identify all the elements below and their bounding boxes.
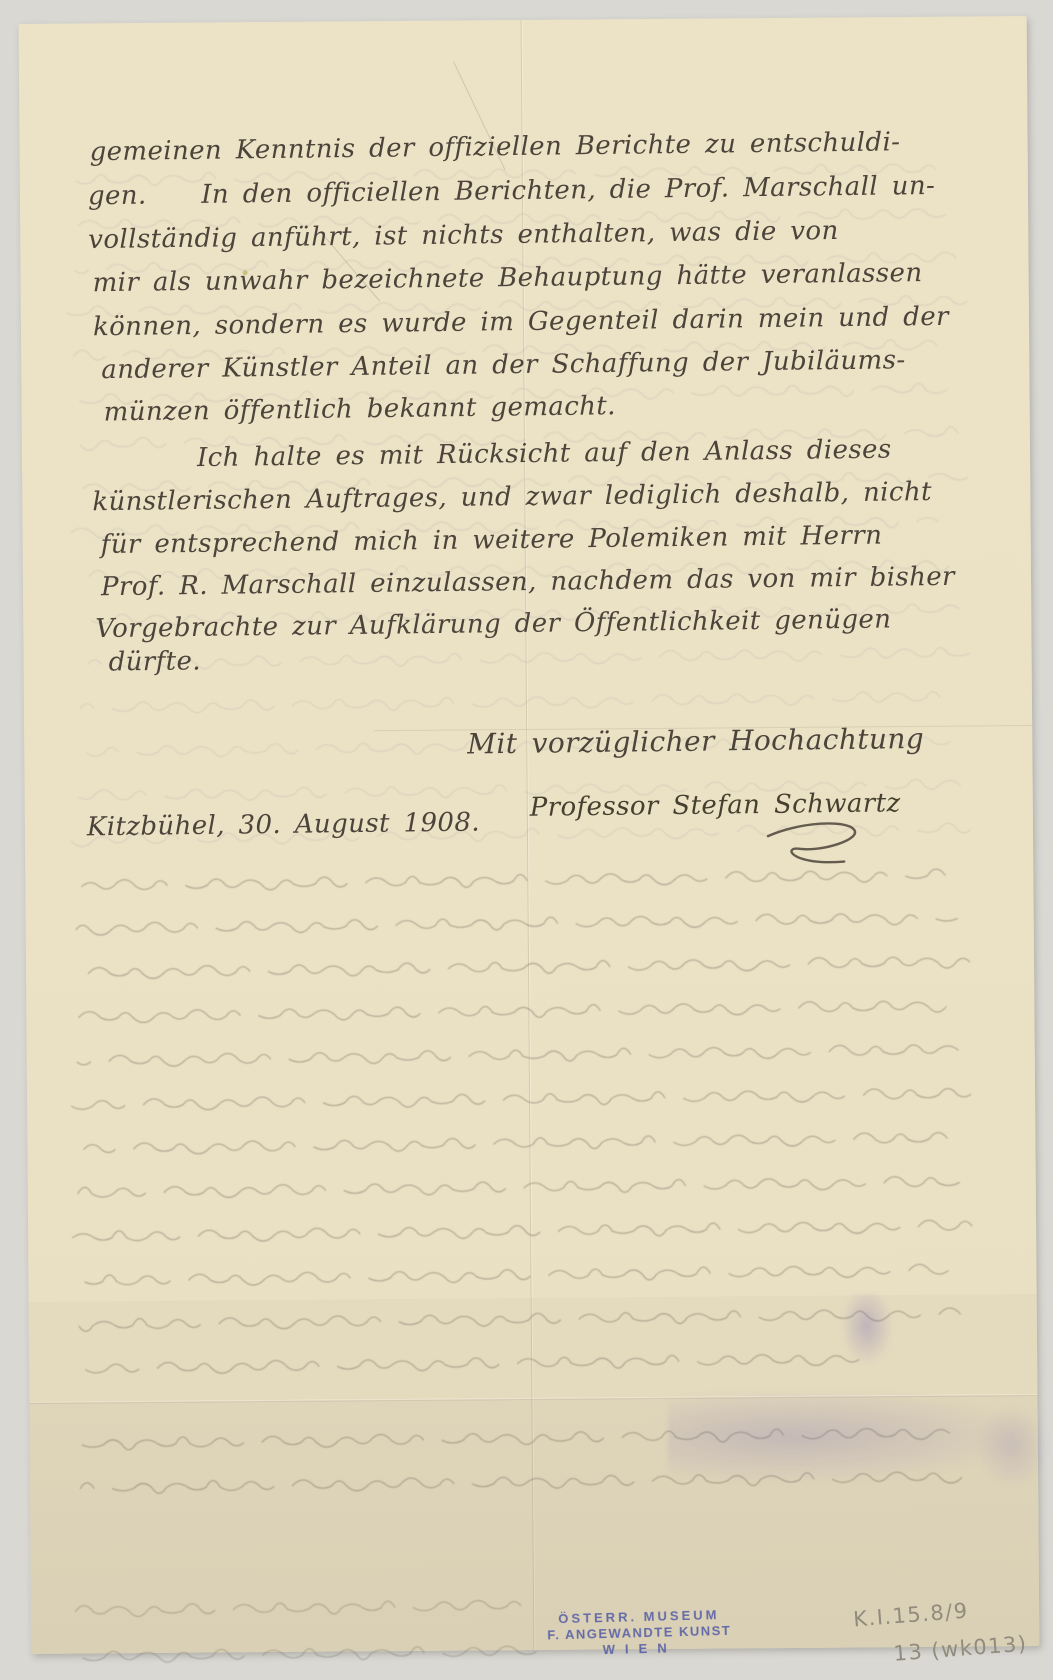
signature: Professor Stefan Schwartz bbox=[530, 788, 901, 823]
ink-stain bbox=[974, 1404, 1050, 1490]
bleedthrough-line bbox=[86, 947, 970, 989]
bleedthrough-line bbox=[88, 1167, 960, 1208]
museum-stamp: ÖSTERR. MUSEUM F. ANGEWANDTE KUNST WIEN bbox=[509, 1606, 770, 1661]
bleedthrough-line bbox=[87, 1079, 971, 1121]
bleedthrough-line bbox=[88, 1255, 948, 1296]
bleedthrough-line bbox=[91, 1637, 536, 1673]
letter-page: gemeinen Kenntnis der offiziellen Berich… bbox=[19, 16, 1040, 1654]
bleedthrough-line bbox=[86, 903, 958, 944]
dateline: Kitzbühel, 30. August 1908. bbox=[87, 808, 480, 843]
bleedthrough-line bbox=[90, 1418, 950, 1459]
inventory-number-line-1: K.I.15.8/9 bbox=[852, 1599, 969, 1632]
inventory-number-line-2: 13 (wk013) bbox=[893, 1631, 1029, 1665]
bleedthrough-line bbox=[86, 991, 946, 1032]
body-line-7: münzen öffentlich bekannt gemacht. bbox=[103, 391, 616, 427]
body-line-13: dürfte. bbox=[108, 646, 201, 677]
scanned-letter-screenshot: { "document": { "kind": "handwritten let… bbox=[0, 0, 1053, 1680]
bleedthrough-line bbox=[90, 683, 940, 724]
signature-flourish bbox=[760, 819, 875, 878]
bleedthrough-line bbox=[89, 1299, 961, 1340]
bleedthrough-line bbox=[87, 1123, 947, 1164]
closing-line: Mit vorzüglicher Hochachtung bbox=[467, 722, 924, 761]
bleedthrough-line bbox=[88, 1211, 972, 1253]
bleedthrough-line bbox=[90, 1462, 962, 1503]
bleedthrough-line bbox=[87, 1035, 959, 1076]
bleedthrough-line bbox=[91, 1591, 521, 1627]
bleedthrough-line bbox=[89, 1344, 859, 1384]
bleedthrough-line bbox=[89, 638, 969, 680]
